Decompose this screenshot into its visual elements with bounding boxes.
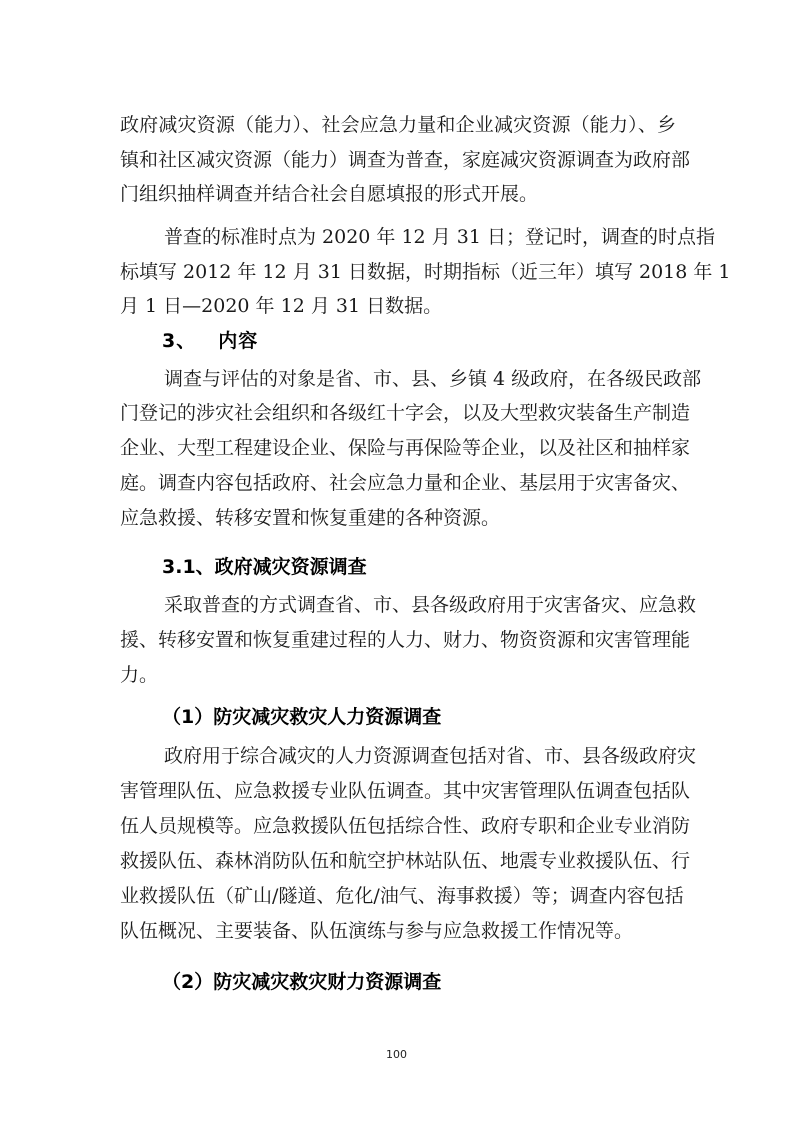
paragraph-line: 政府减灾资源（能力）、社会应急力量和企业减灾资源（能力）、乡: [120, 110, 676, 140]
paragraph-line: 政府用于综合减灾的人力资源调查包括对省、市、县各级政府灾: [164, 741, 676, 771]
section-title: 内容: [218, 330, 258, 352]
paragraph-line: 伍人员规模等。应急救援队伍包括综合性、政府专职和企业专业消防: [120, 811, 676, 841]
document-page: 政府减灾资源（能力）、社会应急力量和企业减灾资源（能力）、乡 镇和社区减灾资源（…: [0, 0, 793, 1122]
section-heading-3-1: 3.1、政府减灾资源调查: [162, 551, 367, 583]
paragraph-line: 标填写 2012 年 12 月 31 日数据，时期指标（近三年）填写 2018 …: [120, 257, 676, 287]
subsection-heading-1: （1）防灾减灾救灾人力资源调查: [162, 701, 441, 733]
paragraph-line: 害管理队伍、应急救援专业队伍调查。其中灾害管理队伍调查包括队: [120, 776, 676, 806]
paragraph-line: 企业、大型工程建设企业、保险与再保险等企业，以及社区和抽样家: [120, 433, 676, 463]
paragraph-line: 门登记的涉灾社会组织和各级红十字会，以及大型救灾装备生产制造: [120, 398, 676, 428]
subsection-heading-2: （2）防灾减灾救灾财力资源调查: [162, 966, 441, 998]
paragraph-line: 力。: [120, 660, 676, 690]
paragraph-line: 普查的标准时点为 2020 年 12 月 31 日；登记时，调查的时点指: [164, 222, 676, 252]
paragraph-line: 庭。调查内容包括政府、社会应急力量和企业、基层用于灾害备灾、: [120, 468, 676, 498]
paragraph-line: 业救援队伍（矿山/隧道、危化/油气、海事救援）等；调查内容包括: [120, 881, 676, 911]
paragraph-line: 采取普查的方式调查省、市、县各级政府用于灾害备灾、应急救: [164, 590, 676, 620]
paragraph-line: 援、转移安置和恢复重建过程的人力、财力、物资资源和灾害管理能: [120, 625, 676, 655]
paragraph-line: 月 1 日—2020 年 12 月 31 日数据。: [120, 291, 676, 321]
section-number: 3、: [162, 325, 196, 357]
page-number: 100: [0, 1048, 793, 1061]
paragraph-line: 应急救援、转移安置和恢复重建的各种资源。: [120, 503, 676, 533]
paragraph-line: 救援队伍、森林消防队伍和航空护林站队伍、地震专业救援队伍、行: [120, 846, 676, 876]
paragraph-line: 调查与评估的对象是省、市、县、乡镇 4 级政府，在各级民政部: [164, 364, 676, 394]
paragraph-line: 镇和社区减灾资源（能力）调查为普查，家庭减灾资源调查为政府部: [120, 145, 676, 175]
paragraph-line: 队伍概况、主要装备、队伍演练与参与应急救援工作情况等。: [120, 916, 676, 946]
section-heading-3: 3、内容: [162, 325, 258, 357]
paragraph-line: 门组织抽样调查并结合社会自愿填报的形式开展。: [120, 179, 676, 209]
